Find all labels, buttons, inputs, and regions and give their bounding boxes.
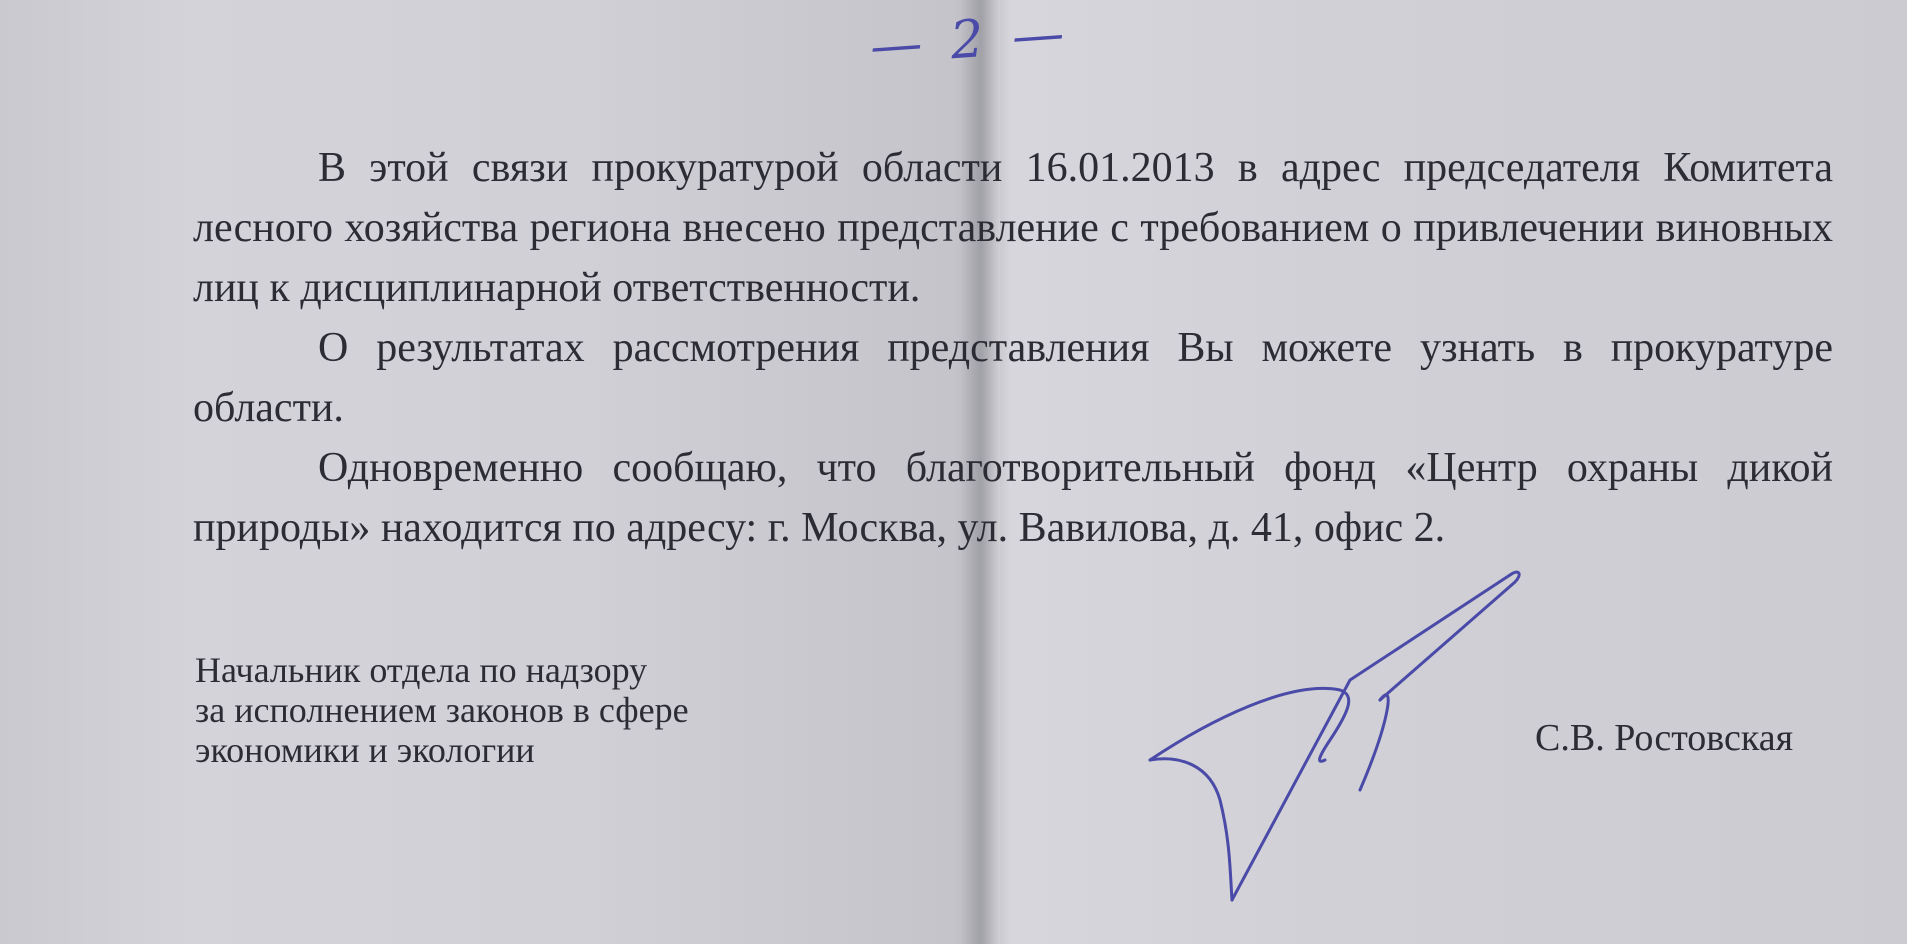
paragraph-1: В этой связи прокуратурой области 16.01.…: [193, 138, 1833, 318]
position-line-2: за исполнением законов в сфере: [195, 690, 689, 730]
page-number: — 2 —: [868, 3, 1072, 77]
paragraph-3: Одновременно сообщаю, что благотворитель…: [193, 438, 1833, 558]
handwritten-signature-icon: [1140, 550, 1560, 930]
position-line-1: Начальник отдела по надзору: [195, 650, 689, 690]
signer-position: Начальник отдела по надзору за исполнени…: [195, 650, 689, 770]
letter-body: В этой связи прокуратурой области 16.01.…: [193, 138, 1833, 558]
position-line-3: экономики и экологии: [195, 730, 689, 770]
paragraph-2: О результатах рассмотрения представления…: [193, 318, 1833, 438]
signer-name: С.В. Ростовская: [1535, 716, 1793, 760]
